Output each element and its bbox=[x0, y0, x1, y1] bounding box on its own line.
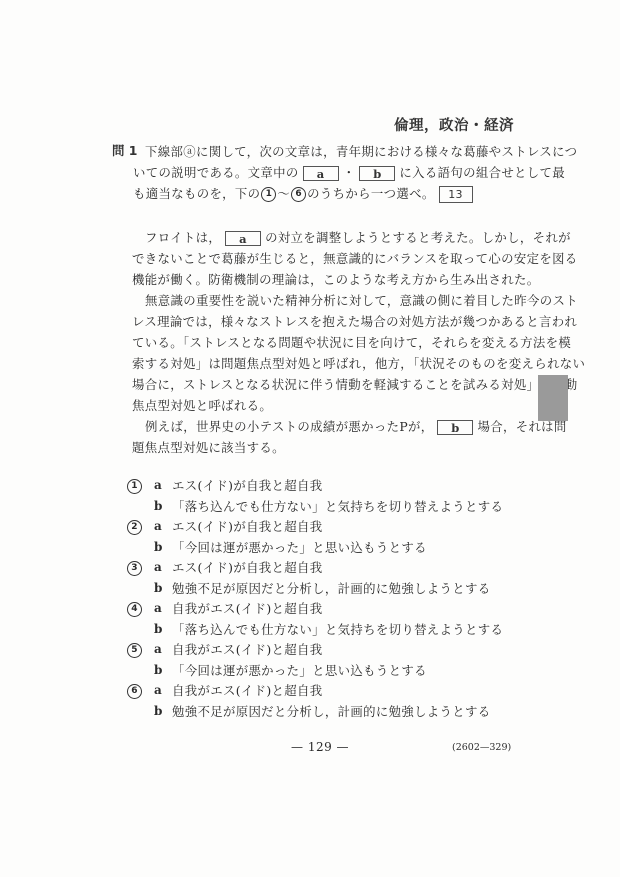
choice-1[interactable]: 1 bbox=[126, 475, 143, 496]
blank-box-b: b bbox=[359, 166, 395, 181]
choice-label-b: b bbox=[154, 496, 163, 517]
circled-number-1-icon: 1 bbox=[261, 187, 276, 202]
question-text: のうちから一つ選べ。 bbox=[307, 186, 434, 201]
choice-4-a: 自我がエス(イド)と超自我 bbox=[172, 598, 323, 619]
choice-label-b: b bbox=[154, 578, 163, 599]
circled-number-icon: 2 bbox=[127, 520, 142, 535]
passage-line: 無意識の重要性を説いた精神分析に対して，意識の側に着目した昨今のスト bbox=[145, 290, 578, 311]
passage-line: フロイトは，aの対立を調整しようとすると考えた。しかし，それが bbox=[145, 227, 571, 248]
question-text: も適当なものを，下の bbox=[133, 186, 260, 201]
circled-number-icon: 6 bbox=[127, 684, 142, 699]
choice-6-a: 自我がエス(イド)と超自我 bbox=[172, 680, 323, 701]
choice-3-a: エス(イド)が自我と超自我 bbox=[172, 557, 323, 578]
choice-label-a: a bbox=[154, 680, 162, 701]
blank-box-a: a bbox=[303, 166, 339, 181]
passage-text: 例えば，世界史の小テストの成績が悪かったPが， bbox=[145, 419, 433, 434]
choice-6[interactable]: 6 bbox=[126, 680, 143, 701]
circled-number-icon: 4 bbox=[127, 602, 142, 617]
choice-1-b: 「落ち込んでも仕方ない」と気持ちを切り替えようとする bbox=[172, 496, 503, 517]
choice-5-b: 「今回は運が悪かった」と思い込もうとする bbox=[172, 660, 427, 681]
section-index-tab bbox=[538, 375, 568, 421]
tilde: ～ bbox=[277, 186, 290, 201]
passage-line: 索する対処」は問題焦点型対処と呼ばれ，他方，「状況そのものを変えられない bbox=[132, 353, 585, 374]
document-code: (2602—329) bbox=[452, 742, 511, 753]
passage-line: できないことで葛藤が生じると，無意識的にバランスを取って心の安定を図る bbox=[132, 248, 578, 269]
choice-label-a: a bbox=[154, 557, 162, 578]
choice-6-b: 勉強不足が原因だと分析し，計画的に勉強しようとする bbox=[172, 701, 491, 722]
question-text: に入る語句の組合せとして最 bbox=[399, 165, 565, 180]
passage-text: の対立を調整しようとすると考えた。しかし，それが bbox=[265, 230, 571, 245]
blank-box-a: a bbox=[225, 231, 261, 246]
separator: ・ bbox=[343, 165, 356, 180]
passage-line: 場合に，ストレスとなる状況に伴う情動を軽減することを試みる対処」は情動 bbox=[132, 374, 578, 395]
choice-label-a: a bbox=[154, 639, 162, 660]
passage-line: ている。「ストレスとなる問題や状況に目を向けて，それらを変える方法を模 bbox=[132, 332, 571, 353]
subject-title: 倫理，政治・経済 bbox=[394, 114, 514, 135]
circled-number-icon: 5 bbox=[127, 643, 142, 658]
choice-4[interactable]: 4 bbox=[126, 598, 143, 619]
blank-box-b: b bbox=[437, 420, 473, 435]
choice-3[interactable]: 3 bbox=[126, 557, 143, 578]
question-label: 問 1 bbox=[112, 141, 137, 159]
passage-line: 題焦点型対処に該当する。 bbox=[132, 437, 285, 458]
choice-1-a: エス(イド)が自我と超自我 bbox=[172, 475, 323, 496]
passage-line: 機能が働く。防衛機制の理論は，このような考え方から生み出された。 bbox=[132, 269, 539, 290]
choice-label-b: b bbox=[154, 660, 163, 681]
question-text: 下線部ⓐに関して，次の文章は，青年期における様々な葛藤やストレスにつ bbox=[145, 144, 577, 159]
question-text: いての説明である。文章中の bbox=[133, 165, 299, 180]
page-number: — 129 — bbox=[291, 740, 349, 754]
question-line-2: いての説明である。文章中のa・bに入る語句の組合せとして最 bbox=[133, 162, 565, 183]
passage-line: レス理論では，様々なストレスを抱えた場合の対処方法が幾つかあると言われ bbox=[132, 311, 577, 332]
choice-label-b: b bbox=[154, 701, 163, 722]
choice-label-a: a bbox=[154, 475, 162, 496]
choice-2-a: エス(イド)が自我と超自我 bbox=[172, 516, 323, 537]
choice-4-b: 「落ち込んでも仕方ない」と気持ちを切り替えようとする bbox=[172, 619, 503, 640]
circled-number-6-icon: 6 bbox=[291, 187, 306, 202]
choice-5[interactable]: 5 bbox=[126, 639, 143, 660]
passage-line: 焦点型対処と呼ばれる。 bbox=[132, 395, 272, 416]
passage-line: 例えば，世界史の小テストの成績が悪かったPが，b場合，それは問 bbox=[145, 416, 567, 437]
choice-label-b: b bbox=[154, 537, 163, 558]
circled-number-icon: 3 bbox=[127, 561, 142, 576]
passage-text: フロイトは， bbox=[145, 230, 221, 245]
answer-number-box[interactable]: 13 bbox=[439, 186, 473, 203]
circled-number-icon: 1 bbox=[127, 479, 142, 494]
choice-2[interactable]: 2 bbox=[126, 516, 143, 537]
choice-3-b: 勉強不足が原因だと分析し，計画的に勉強しようとする bbox=[172, 578, 491, 599]
question-line-1: 下線部ⓐに関して，次の文章は，青年期における様々な葛藤やストレスにつ bbox=[145, 141, 577, 162]
choice-label-b: b bbox=[154, 619, 163, 640]
choice-label-a: a bbox=[154, 516, 162, 537]
choice-5-a: 自我がエス(イド)と超自我 bbox=[172, 639, 323, 660]
choice-label-a: a bbox=[154, 598, 162, 619]
choice-2-b: 「今回は運が悪かった」と思い込もうとする bbox=[172, 537, 427, 558]
question-line-3: も適当なものを，下の1～6のうちから一つ選べ。13 bbox=[133, 183, 477, 204]
passage-text: 場合，それは問 bbox=[477, 419, 566, 434]
